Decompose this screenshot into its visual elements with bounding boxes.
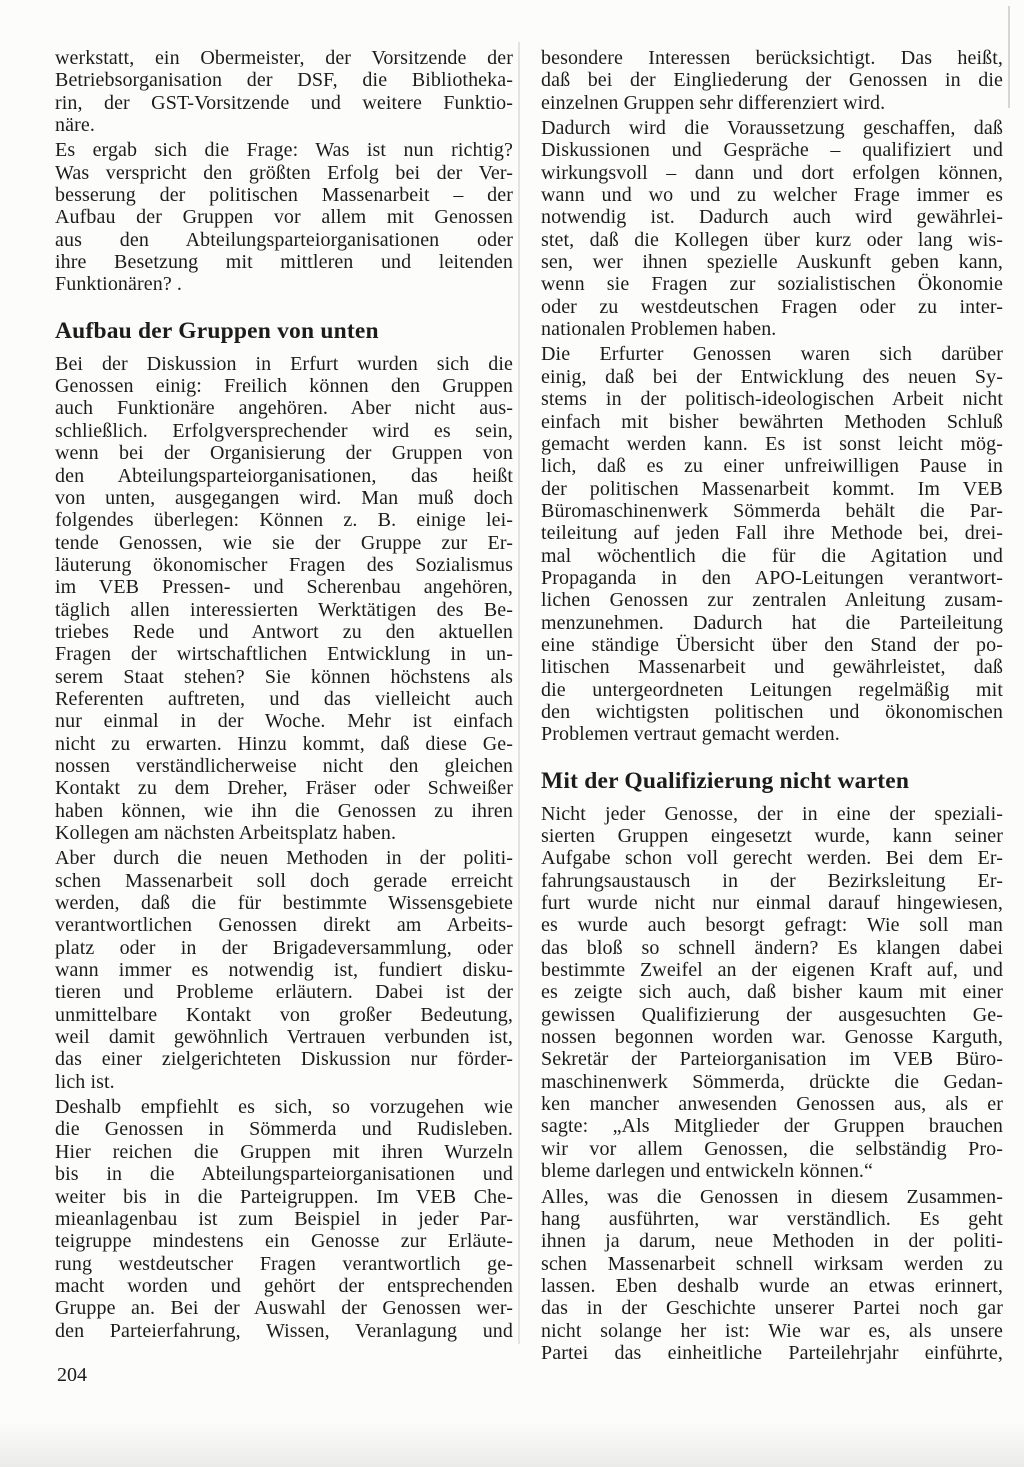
text-line: Aber durch die neuen Methoden in der pol… (55, 847, 513, 869)
text-line: stems in der politisch-ideologischen Arb… (541, 388, 1003, 410)
text-line: Problemen vertraut gemacht werden. (541, 723, 1003, 745)
text-line: Alles, was die Genossen in diesem Zusamm… (541, 1186, 1003, 1208)
text-line: hang ausführten, war verständlich. Es ge… (541, 1208, 1003, 1230)
paragraph: Deshalb empfiehlt es sich, so vorzugehen… (55, 1096, 513, 1342)
text-line: Dadurch wird die Voraussetzung geschaffe… (541, 117, 1003, 139)
text-line: folgendes überlegen: Können z. B. einige… (55, 509, 513, 531)
text-line: den wichtigsten politischen und ökonomis… (541, 701, 1003, 723)
text-line: nossen verständlicherweise nicht den gle… (55, 755, 513, 777)
text-line: ihre Besetzung mit mittleren und leitend… (55, 251, 513, 273)
text-line: serem Staat stehen? Sie können höchstens… (55, 666, 513, 688)
text-line: im VEB Pressen- und Scherenbau angehören… (55, 576, 513, 598)
text-line: wenn sie Fragen zur sozialistischen Ökon… (541, 273, 1003, 295)
text-line: Deshalb empfiehlt es sich, so vorzugehen… (55, 1096, 513, 1118)
left-column: werkstatt, ein Obermeister, der Vorsitze… (55, 47, 513, 1345)
text-line: daß bei der Eingliederung der Genossen i… (541, 69, 1003, 91)
text-line: menzunehmen. Dadurch hat die Parteileitu… (541, 612, 1003, 634)
text-line: einzelnen Gruppen sehr differenziert wir… (541, 92, 1003, 114)
text-line: Büromaschinenwerk Sömmerda behält die Pa… (541, 500, 1003, 522)
paragraph: Die Erfurter Genossen waren sich darüber… (541, 343, 1003, 745)
text-line: haben können, wie ihn die Genossen zu ih… (55, 800, 513, 822)
section-heading: Aufbau der Gruppen von unten (55, 317, 513, 345)
text-line: den Parteierfahrung, Wissen, Veranlagung… (55, 1320, 513, 1342)
text-line: weil damit gewöhnlich Vertrauen verbunde… (55, 1026, 513, 1048)
text-line: bleme darlegen und entwickeln können.“ (541, 1160, 1003, 1182)
text-line: die Genossen in Sömmerda und Rudisleben. (55, 1118, 513, 1140)
text-line: wann immer es notwendig ist, fundiert di… (55, 959, 513, 981)
text-line: Kollegen am nächsten Arbeitsplatz haben. (55, 822, 513, 844)
text-line: es wurde auch besorgt gefragt: Wie soll … (541, 914, 1003, 936)
text-line: die untergeordneten Leitungen regelmäßig… (541, 679, 1003, 701)
text-line: furt wurde nicht nur einmal darauf hinge… (541, 892, 1003, 914)
text-line: Gruppe an. Bei der Auswahl der Genossen … (55, 1297, 513, 1319)
text-line: täglich allen interessierten Werktätigen… (55, 599, 513, 621)
text-line: schen Massenarbeit schnell wirksam werde… (541, 1253, 1003, 1275)
text-line: Diskussionen und Gespräche – qualifizier… (541, 139, 1003, 161)
text-line: Nicht jeder Genosse, der in eine der spe… (541, 803, 1003, 825)
paragraph: Nicht jeder Genosse, der in eine der spe… (541, 803, 1003, 1183)
text-line: nossen begonnen worden war. Genosse Karg… (541, 1026, 1003, 1048)
paragraph: Aber durch die neuen Methoden in der pol… (55, 847, 513, 1093)
text-line: das einer zielgerichteten Diskussion nur… (55, 1048, 513, 1070)
text-line: nationalen Problemen haben. (541, 318, 1003, 340)
text-line: ihnen ja darum, neue Methoden in der pol… (541, 1230, 1003, 1252)
text-line: näre. (55, 114, 513, 136)
text-line: nicht solange her ist: Wie war es, als u… (541, 1320, 1003, 1342)
text-line: lassen. Eben deshalb wurde an etwas erin… (541, 1275, 1003, 1297)
text-line: triebes Rede und Antwort zu den aktuelle… (55, 621, 513, 643)
text-line: Die Erfurter Genossen waren sich darüber (541, 343, 1003, 365)
text-line: sagte: „Als Mitglieder der Gruppen brauc… (541, 1115, 1003, 1137)
text-line: bestimmte Zweifel an der eigenen Kraft a… (541, 959, 1003, 981)
text-line: der politischen Massenarbeit kommt. Im V… (541, 478, 1003, 500)
text-line: auch Funktionäre angehören. Aber nicht a… (55, 397, 513, 419)
text-line: sen, wer ihnen spezielle Auskunft geben … (541, 251, 1003, 273)
text-line: macht worden und gehört der entsprechend… (55, 1275, 513, 1297)
text-line: wir vor allem Genossen, die selbständig … (541, 1138, 1003, 1160)
paragraph: werkstatt, ein Obermeister, der Vorsitze… (55, 47, 513, 136)
text-line: das bloß so schnell ändern? Es klangen d… (541, 937, 1003, 959)
text-line: werkstatt, ein Obermeister, der Vorsitze… (55, 47, 513, 69)
text-line: mieanlagenbau ist zum Beispiel in jeder … (55, 1208, 513, 1230)
text-line: lich ist. (55, 1071, 513, 1093)
text-line: aus den Abteilungsparteiorganisationen o… (55, 229, 513, 251)
text-line: rin, der GST-Vorsitzende und weitere Fun… (55, 92, 513, 114)
paragraph: Bei der Diskussion in Erfurt wurden sich… (55, 353, 513, 845)
text-line: den Abteilungsparteiorganisationen, das … (55, 465, 513, 487)
text-line: Hier reichen die Gruppen mit ihren Wurze… (55, 1141, 513, 1163)
text-line: litischen Massenarbeit und gewährleistet… (541, 656, 1003, 678)
text-line: verantwortlichen Genossen direkt am Arbe… (55, 914, 513, 936)
text-line: unmittelbare Kontakt von großer Bedeutun… (55, 1004, 513, 1026)
scan-artifact-line (1008, 6, 1010, 108)
text-line: einfach mit bisher bewährten Methoden Sc… (541, 411, 1003, 433)
text-line: mal wöchentlich die für die Agitation un… (541, 545, 1003, 567)
text-line: lich, daß es zu einer unfreiwilligen Pau… (541, 455, 1003, 477)
paragraph: Alles, was die Genossen in diesem Zusamm… (541, 1186, 1003, 1365)
text-line: Was verspricht den größten Erfolg bei de… (55, 162, 513, 184)
text-line: Partei das einheitliche Parteilehrjahr e… (541, 1342, 1003, 1364)
text-line: besondere Interessen berücksichtigt. Das… (541, 47, 1003, 69)
text-line: teileitung auf jeden Fall ihre Methode b… (541, 522, 1003, 544)
text-line: maschinenwerk Sömmerda, drückte die Geda… (541, 1071, 1003, 1093)
text-line: es zeigte sich auch, daß bisher kaum mit… (541, 981, 1003, 1003)
text-line: nur einmal in der Woche. Mehr ist einfac… (55, 710, 513, 732)
text-line: tieren und Probleme erläutern. Dabei ist… (55, 981, 513, 1003)
text-line: einig, daß bei der Entwicklung des neuen… (541, 366, 1003, 388)
text-line: fahrungsaustausch in der Bezirksleitung … (541, 870, 1003, 892)
text-line: Propaganda in den APO-Leitungen verantwo… (541, 567, 1003, 589)
text-line: weiter bis in die Parteigruppen. Im VEB … (55, 1186, 513, 1208)
text-line: das in der Geschichte unserer Partei noc… (541, 1297, 1003, 1319)
text-line: schließlich. Erfolgversprechender wird e… (55, 420, 513, 442)
page-number: 204 (57, 1364, 87, 1386)
paragraph: Dadurch wird die Voraussetzung geschaffe… (541, 117, 1003, 340)
column-divider-line (518, 42, 520, 1344)
text-line: lichen Genossen zur zentralen Anleitung … (541, 589, 1003, 611)
text-line: Sekretär der Parteiorganisation im VEB B… (541, 1048, 1003, 1070)
text-line: Bei der Diskussion in Erfurt wurden sich… (55, 353, 513, 375)
section-heading: Mit der Qualifizierung nicht warten (541, 767, 1003, 795)
text-line: Referenten auftreten, und das vielleicht… (55, 688, 513, 710)
text-line: von unten, ausgegangen wird. Man muß doc… (55, 487, 513, 509)
text-line: Kontakt zu dem Dreher, Fräser oder Schwe… (55, 777, 513, 799)
text-line: gemacht werden kann. Es ist sonst leicht… (541, 433, 1003, 455)
text-line: teigruppe mindestens ein Genosse zur Erl… (55, 1230, 513, 1252)
text-line: wirkungsvoll – dann und dort erfolgen kö… (541, 162, 1003, 184)
paragraph: besondere Interessen berücksichtigt. Das… (541, 47, 1003, 114)
text-line: eine ständige Übersicht über den Stand d… (541, 634, 1003, 656)
text-line: sierten Gruppen eingesetzt wurde, kann s… (541, 825, 1003, 847)
text-line: Es ergab sich die Frage: Was ist nun ric… (55, 139, 513, 161)
text-line: besserung der politischen Massenarbeit –… (55, 184, 513, 206)
text-line: läuterung ökonomischer Fragen des Sozial… (55, 554, 513, 576)
text-line: Fragen der wirtschaftlichen Entwicklung … (55, 643, 513, 665)
paragraph: Es ergab sich die Frage: Was ist nun ric… (55, 139, 513, 295)
text-line: Aufbau der Gruppen vor allem mit Genosse… (55, 206, 513, 228)
text-line: notwendig ist. Dadurch auch wird gewährl… (541, 206, 1003, 228)
text-line: nicht zu erwarten. Hinzu kommt, daß dies… (55, 733, 513, 755)
text-line: gewissen Qualifizierung der ausgesuchten… (541, 1004, 1003, 1026)
text-line: schen Massenarbeit soll doch gerade erre… (55, 870, 513, 892)
text-line: stet, daß die Kollegen über kurz oder la… (541, 229, 1003, 251)
right-column: besondere Interessen berücksichtigt. Das… (541, 47, 1003, 1367)
text-line: Funktionären? . (55, 273, 513, 295)
text-line: rung westdeutscher Fragen verantwortlich… (55, 1253, 513, 1275)
text-line: wann und wo und zu welcher Frage immer e… (541, 184, 1003, 206)
text-line: ken mancher anwesenden Genossen aus, als… (541, 1093, 1003, 1115)
text-line: Betriebsorganisation der DSF, die Biblio… (55, 69, 513, 91)
text-line: oder zu westdeutschen Fragen oder zu int… (541, 296, 1003, 318)
text-line: Aufgabe schon voll gerecht werden. Bei d… (541, 847, 1003, 869)
text-line: wenn bei der Organisierung der Gruppen v… (55, 442, 513, 464)
document-page: werkstatt, ein Obermeister, der Vorsitze… (0, 0, 1024, 1467)
text-line: platz oder in der Brigadeversammlung, od… (55, 937, 513, 959)
text-line: bis in die Abteilungsparteiorganisatione… (55, 1163, 513, 1185)
text-line: werden, daß die für bestimmte Wissensgeb… (55, 892, 513, 914)
text-line: tende Genossen, wie sie der Gruppe zur E… (55, 532, 513, 554)
text-line: Genossen einig: Freilich können den Grup… (55, 375, 513, 397)
